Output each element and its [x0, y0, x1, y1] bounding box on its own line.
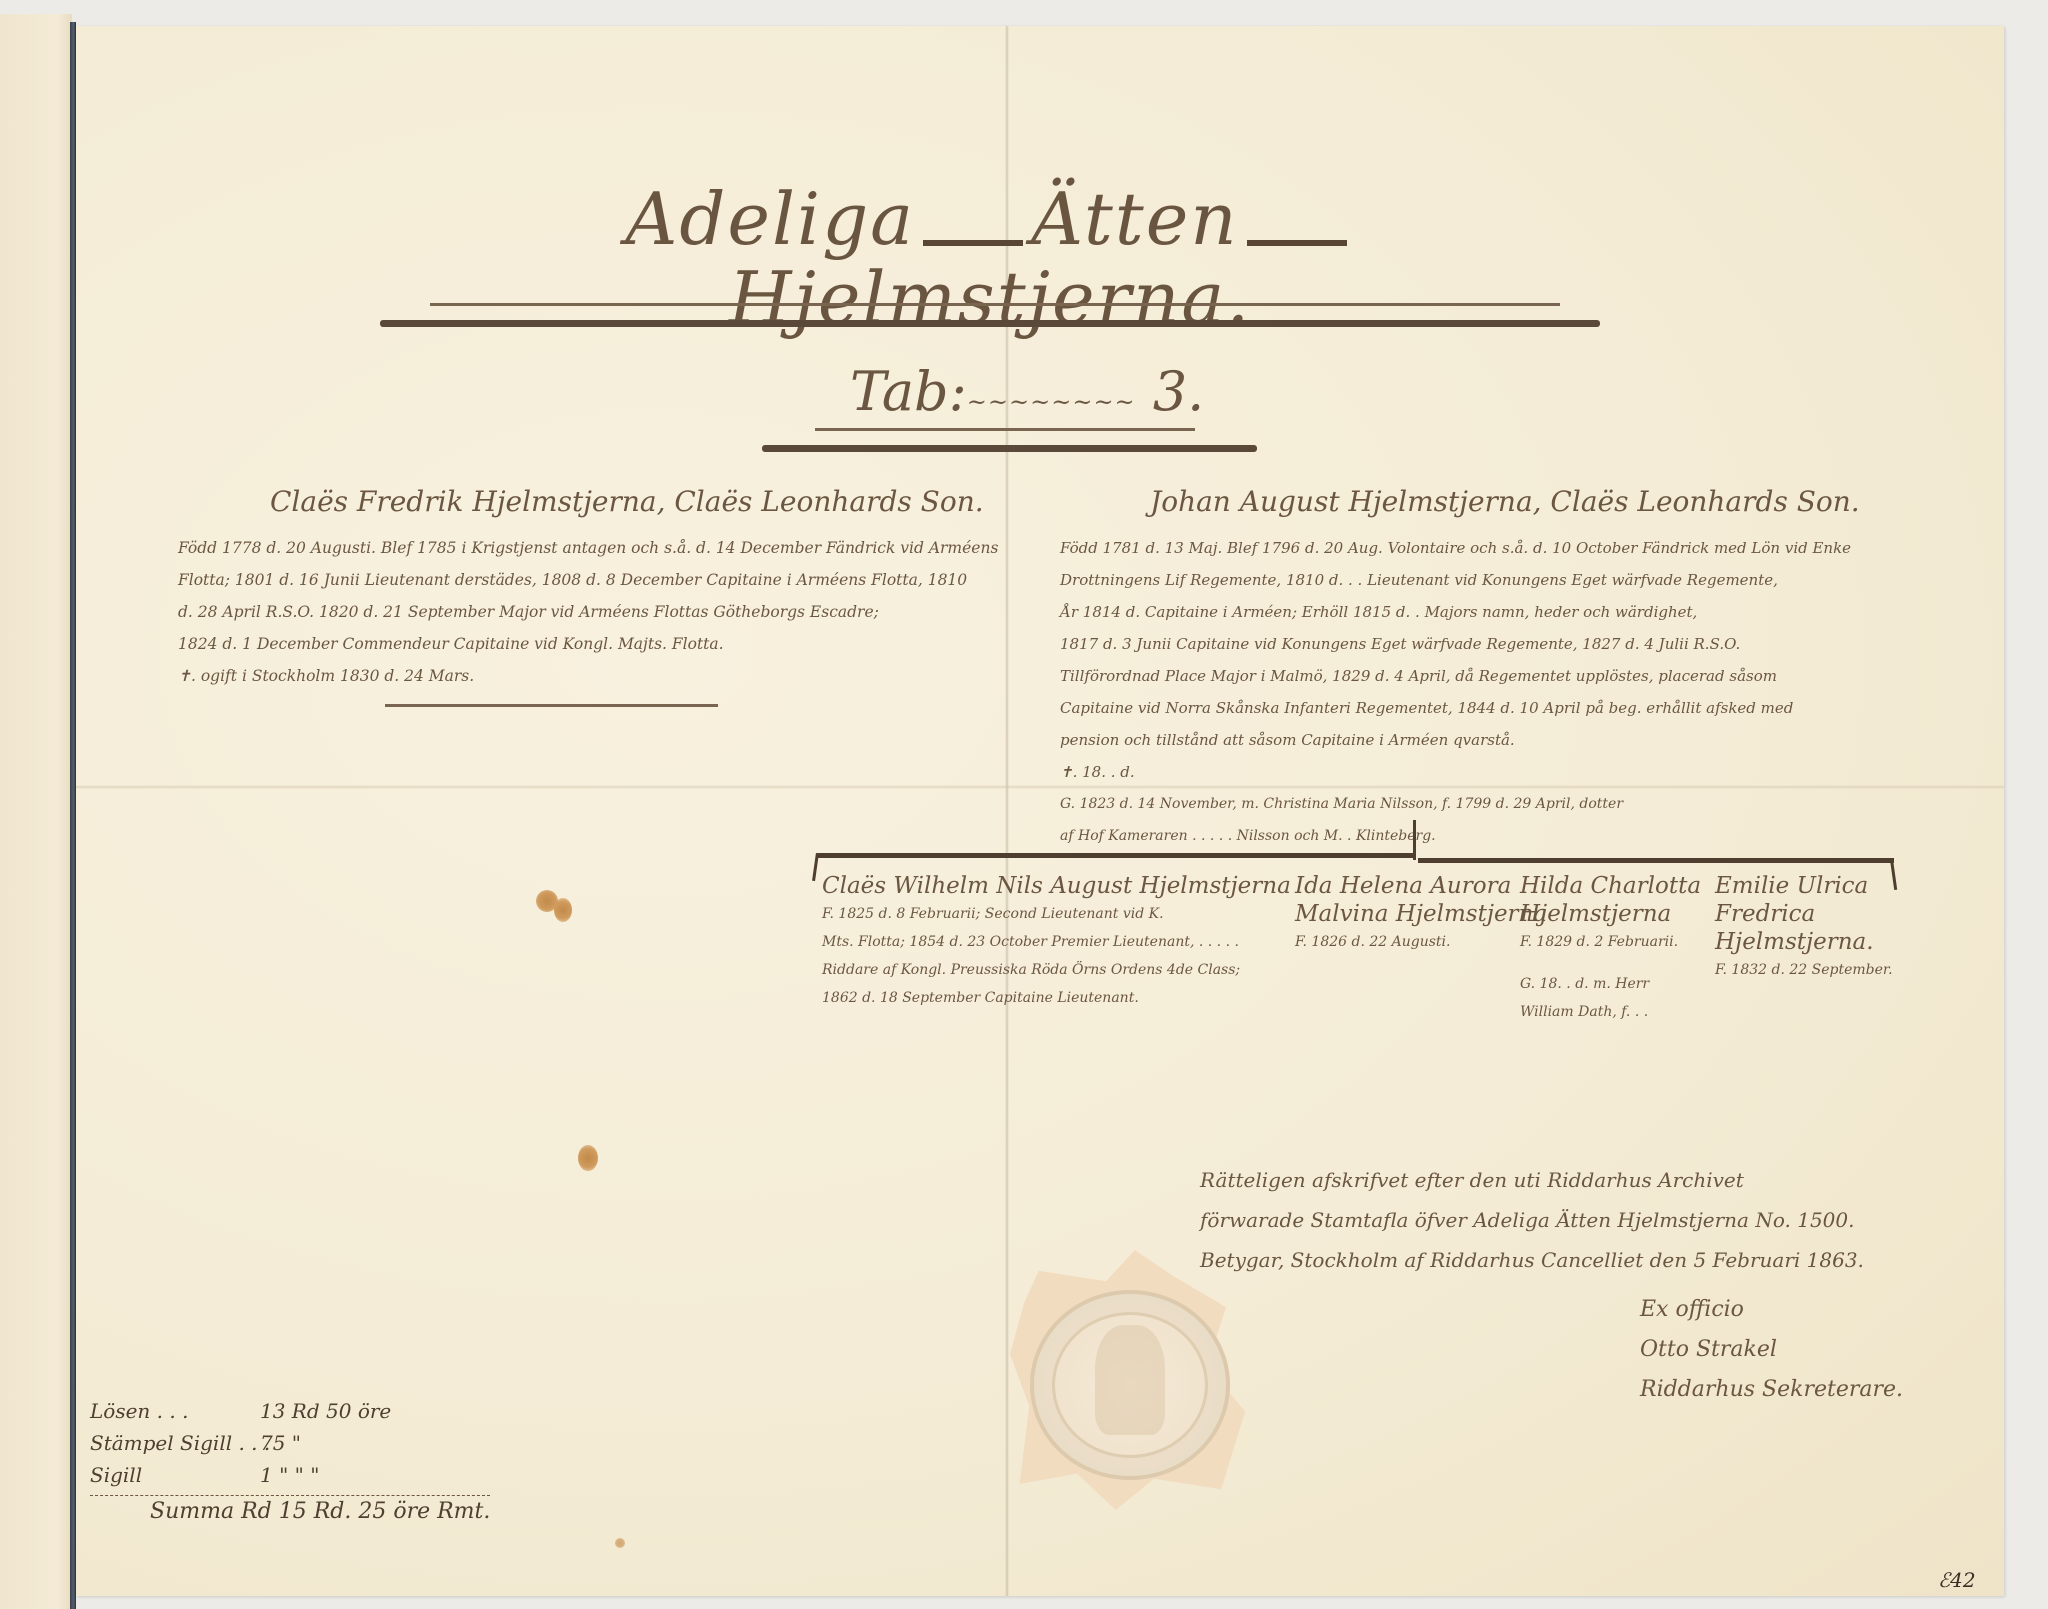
fees-list: Lösen . . . 13 Rd 50 öre Stämpel Sigill …	[90, 1395, 490, 1528]
child-entry: Claës Wilhelm Nils August Hjelmstjerna F…	[822, 872, 1291, 1012]
left-person-heading: Claës Fredrik Hjelmstjerna, Claës Leonha…	[270, 485, 984, 518]
child-name: Hjelmstjerna.	[1715, 928, 1893, 956]
tab-dots: ~~~~~~~~	[967, 388, 1136, 416]
bio-line: ✝. ogift i Stockholm 1830 d. 24 Mars.	[178, 660, 998, 692]
signature-block: Ex officio Otto Strakel Riddarhus Sekret…	[1640, 1290, 1903, 1410]
title-separator	[1247, 240, 1347, 246]
marriage-line: G. 1823 d. 14 November, m. Christina Mar…	[1060, 788, 1851, 820]
bio-line: Född 1781 d. 13 Maj. Blef 1796 d. 20 Aug…	[1060, 532, 1851, 564]
fee-label: Lösen . . .	[90, 1395, 260, 1427]
tab-rule	[762, 445, 1257, 452]
child-detail: F. 1826 d. 22 Augusti.	[1295, 928, 1547, 956]
document-title: AdeligaÄttenHjelmstjerna.	[380, 180, 1600, 338]
signature-line: Riddarhus Sekreterare.	[1640, 1370, 1903, 1410]
tab-underline	[815, 428, 1195, 431]
title-separator	[923, 240, 1023, 246]
signature-line: Otto Strakel	[1640, 1330, 1903, 1370]
left-person-end-rule	[385, 704, 718, 707]
cert-line: förwarade Stamtafla öfver Adeliga Ätten …	[1200, 1200, 1864, 1240]
table-label: Tab:~~~~~~~~ 3.	[850, 360, 1204, 423]
fee-row: Stämpel Sigill . . . 75 "	[90, 1427, 490, 1459]
children-bracket-right	[1418, 858, 1894, 863]
child-marriage: William Dath, f. . .	[1520, 998, 1701, 1026]
children-bracket-left	[818, 853, 1413, 858]
child-detail: Riddare af Kongl. Preussiska Röda Örns O…	[822, 956, 1291, 984]
bio-line: 1824 d. 1 December Commendeur Capitaine …	[178, 628, 998, 660]
bio-line: d. 28 April R.S.O. 1820 d. 21 September …	[178, 596, 998, 628]
fee-label: Sigill	[90, 1459, 260, 1491]
title-word-3: Hjelmstjerna.	[729, 256, 1251, 340]
bio-line: Capitaine vid Norra Skånska Infanteri Re…	[1060, 692, 1851, 724]
child-name: Ida Helena Aurora	[1295, 872, 1547, 900]
bracket-stem	[1413, 820, 1416, 860]
stain-spot	[578, 1145, 598, 1171]
title-word-2: Ätten	[1031, 177, 1239, 261]
child-name: Claës Wilhelm Nils August Hjelmstjerna	[822, 872, 1291, 900]
bio-line: Född 1778 d. 20 Augusti. Blef 1785 i Kri…	[178, 532, 998, 564]
cert-line: Betygar, Stockholm af Riddarhus Cancelli…	[1200, 1240, 1864, 1280]
tab-prefix: Tab:	[850, 360, 967, 423]
stain-spot	[615, 1538, 625, 1548]
child-detail: F. 1825 d. 8 Februarii; Second Lieutenan…	[822, 900, 1291, 928]
signature-line: Ex officio	[1640, 1290, 1903, 1330]
child-entry: Ida Helena Aurora Malvina Hjelmstjerna F…	[1295, 872, 1547, 956]
fee-row: Sigill 1 " " "	[90, 1459, 490, 1491]
left-person-bio: Född 1778 d. 20 Augusti. Blef 1785 i Kri…	[178, 532, 998, 692]
title-rule	[380, 320, 1600, 327]
stain-spot	[554, 898, 572, 922]
left-page-edge	[0, 14, 72, 1609]
bio-line: pension och tillstånd att såsom Capitain…	[1060, 724, 1851, 756]
fee-label: Stämpel Sigill . . .	[90, 1427, 260, 1459]
fee-value: 13 Rd 50 öre	[260, 1395, 430, 1427]
child-name: Fredrica	[1715, 900, 1893, 928]
child-detail: F. 1832 d. 22 September.	[1715, 956, 1893, 984]
bio-line: Flotta; 1801 d. 16 Junii Lieutenant ders…	[178, 564, 998, 596]
corner-pencil-mark: ℰ42	[1938, 1568, 1976, 1592]
fee-total: Summa Rd 15 Rd. 25 öre Rmt.	[90, 1495, 490, 1528]
child-entry: Emilie Ulrica Fredrica Hjelmstjerna. F. …	[1715, 872, 1893, 984]
fee-value: 75 "	[260, 1427, 430, 1459]
tab-number: 3.	[1153, 360, 1205, 423]
fee-value: 1 " " "	[260, 1459, 430, 1491]
marriage-line: af Hof Kameraren . . . . . Nilsson och M…	[1060, 820, 1851, 852]
child-name: Emilie Ulrica	[1715, 872, 1893, 900]
child-name: Hjelmstjerna	[1520, 900, 1701, 928]
right-person-bio: Född 1781 d. 13 Maj. Blef 1796 d. 20 Aug…	[1060, 532, 1851, 852]
title-word-1: Adeliga	[625, 177, 915, 261]
child-detail: 1862 d. 18 September Capitaine Lieutenan…	[822, 984, 1291, 1012]
fee-row: Lösen . . . 13 Rd 50 öre	[90, 1395, 490, 1427]
child-entry: Hilda Charlotta Hjelmstjerna F. 1829 d. …	[1520, 872, 1701, 1026]
cert-line: Rätteligen afskrifvet efter den uti Ridd…	[1200, 1160, 1864, 1200]
child-name: Hilda Charlotta	[1520, 872, 1701, 900]
right-person-heading: Johan August Hjelmstjerna, Claës Leonhar…	[1150, 485, 1860, 518]
child-detail: F. 1829 d. 2 Februarii.	[1520, 928, 1701, 956]
child-name: Malvina Hjelmstjerna	[1295, 900, 1547, 928]
bio-line: 1817 d. 3 Junii Capitaine vid Konungens …	[1060, 628, 1851, 660]
child-marriage: G. 18. . d. m. Herr	[1520, 970, 1701, 998]
bio-line: ✝. 18. . d.	[1060, 756, 1851, 788]
bio-line: Tillförordnad Place Major i Malmö, 1829 …	[1060, 660, 1851, 692]
seal-figure-icon	[1095, 1325, 1165, 1435]
bio-line: Drottningens Lif Regemente, 1810 d. . . …	[1060, 564, 1851, 596]
certification-text: Rätteligen afskrifvet efter den uti Ridd…	[1200, 1160, 1864, 1280]
bio-line: År 1814 d. Capitaine i Arméen; Erhöll 18…	[1060, 596, 1851, 628]
child-detail: Mts. Flotta; 1854 d. 23 October Premier …	[822, 928, 1291, 956]
title-underline	[430, 303, 1560, 306]
